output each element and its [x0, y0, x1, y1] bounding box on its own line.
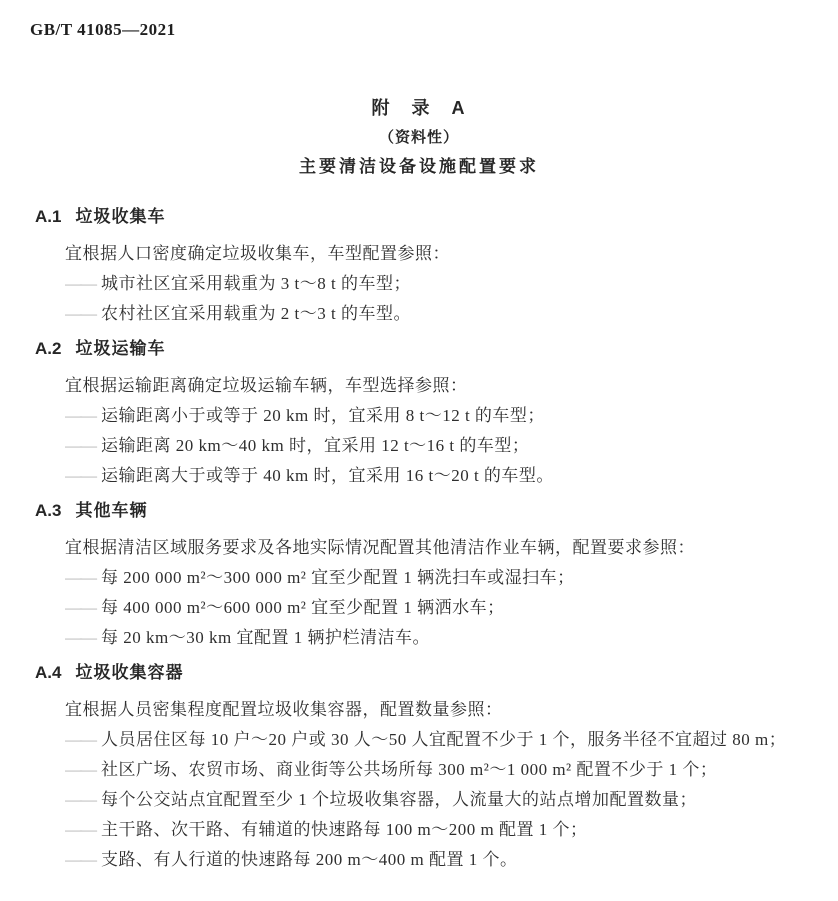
dash-marker: —— [65, 815, 101, 845]
list-item-text: 农村社区宜采用载重为 2 t～3 t 的车型。 [101, 299, 411, 329]
section-heading-text: 垃圾收集车 [75, 207, 165, 226]
document-body: A.1垃圾收集车 宜根据人口密度确定垃圾收集车，车型配置参照： —— 城市社区宜… [35, 205, 816, 883]
list-item-text: 每 400 000 m²～600 000 m² 宜至少配置 1 辆洒水车； [101, 593, 505, 623]
list-item-text: 运输距离 20 km～40 km 时，宜采用 12 t～16 t 的车型； [101, 431, 529, 461]
list-item-text: 社区广场、农贸市场、商业街等公共场所每 300 m²～1 000 m² 配置不少… [101, 755, 717, 785]
dash-marker: —— [65, 845, 101, 875]
section-intro: 宜根据人员密集程度配置垃圾收集容器，配置数量参照： [65, 695, 816, 725]
list-item: —— 运输距离小于或等于 20 km 时，宜采用 8 t～12 t 的车型； [65, 401, 816, 431]
list-item: —— 运输距离大于或等于 40 km 时，宜采用 16 t～20 t 的车型。 [65, 461, 816, 491]
section-heading: A.1垃圾收集车 [35, 205, 816, 229]
appendix-title-block: 附 录 A （资料性） 主要清洁设备设施配置要求 [0, 93, 838, 181]
section-number: A.1 [35, 207, 61, 226]
dash-marker: —— [65, 401, 101, 431]
dash-marker: —— [65, 563, 101, 593]
section-heading: A.2垃圾运输车 [35, 337, 816, 361]
list-item-text: 每 20 km～30 km 宜配置 1 辆护栏清洁车。 [101, 623, 430, 653]
list-item: —— 人员居住区每 10 户～20 户或 30 人～50 人宜配置不少于 1 个… [65, 725, 816, 755]
section-heading-text: 垃圾收集容器 [75, 663, 183, 682]
section-intro: 宜根据运输距离确定垃圾运输车辆，车型选择参照： [65, 371, 816, 401]
list-item: —— 主干路、次干路、有辅道的快速路每 100 m～200 m 配置 1 个； [65, 815, 816, 845]
list-item: —— 每 200 000 m²～300 000 m² 宜至少配置 1 辆洗扫车或… [65, 563, 816, 593]
section-heading: A.4垃圾收集容器 [35, 661, 816, 685]
list-item: —— 每 20 km～30 km 宜配置 1 辆护栏清洁车。 [65, 623, 816, 653]
document-page: GB/T 41085—2021 附 录 A （资料性） 主要清洁设备设施配置要求… [0, 0, 838, 901]
standard-number: GB/T 41085—2021 [30, 20, 176, 40]
list-item: —— 城市社区宜采用载重为 3 t～8 t 的车型； [65, 269, 816, 299]
dash-marker: —— [65, 299, 101, 329]
list-item-text: 城市社区宜采用载重为 3 t～8 t 的车型； [101, 269, 411, 299]
appendix-subtitle: 主要清洁设备设施配置要求 [0, 152, 838, 181]
list-item: —— 农村社区宜采用载重为 2 t～3 t 的车型。 [65, 299, 816, 329]
list-item: —— 每 400 000 m²～600 000 m² 宜至少配置 1 辆洒水车； [65, 593, 816, 623]
section-number: A.4 [35, 663, 61, 682]
section-heading-text: 垃圾运输车 [75, 339, 165, 358]
section-intro: 宜根据人口密度确定垃圾收集车，车型配置参照： [65, 239, 816, 269]
section-heading: A.3其他车辆 [35, 499, 816, 523]
dash-marker: —— [65, 593, 101, 623]
section-number: A.3 [35, 501, 61, 520]
dash-marker: —— [65, 725, 101, 755]
section-a3: A.3其他车辆 宜根据清洁区域服务要求及各地实际情况配置其他清洁作业车辆，配置要… [35, 499, 816, 653]
list-item: —— 每个公交站点宜配置至少 1 个垃圾收集容器，人流量大的站点增加配置数量； [65, 785, 816, 815]
section-a2: A.2垃圾运输车 宜根据运输距离确定垃圾运输车辆，车型选择参照： —— 运输距离… [35, 337, 816, 491]
dash-marker: —— [65, 755, 101, 785]
appendix-classification: （资料性） [0, 123, 838, 152]
list-item-text: 每个公交站点宜配置至少 1 个垃圾收集容器，人流量大的站点增加配置数量； [101, 785, 697, 815]
list-item: —— 运输距离 20 km～40 km 时，宜采用 12 t～16 t 的车型； [65, 431, 816, 461]
list-item-text: 人员居住区每 10 户～20 户或 30 人～50 人宜配置不少于 1 个，服务… [101, 725, 786, 755]
list-item: —— 支路、有人行道的快速路每 200 m～400 m 配置 1 个。 [65, 845, 816, 875]
list-item: —— 社区广场、农贸市场、商业街等公共场所每 300 m²～1 000 m² 配… [65, 755, 816, 785]
section-heading-text: 其他车辆 [75, 501, 147, 520]
section-intro: 宜根据清洁区域服务要求及各地实际情况配置其他清洁作业车辆，配置要求参照： [65, 533, 816, 563]
section-number: A.2 [35, 339, 61, 358]
list-item-text: 运输距离小于或等于 20 km 时，宜采用 8 t～12 t 的车型； [101, 401, 545, 431]
dash-marker: —— [65, 623, 101, 653]
dash-marker: —— [65, 461, 101, 491]
list-item-text: 运输距离大于或等于 40 km 时，宜采用 16 t～20 t 的车型。 [101, 461, 554, 491]
list-item-text: 支路、有人行道的快速路每 200 m～400 m 配置 1 个。 [101, 845, 517, 875]
section-a4: A.4垃圾收集容器 宜根据人员密集程度配置垃圾收集容器，配置数量参照： —— 人… [35, 661, 816, 875]
section-a1: A.1垃圾收集车 宜根据人口密度确定垃圾收集车，车型配置参照： —— 城市社区宜… [35, 205, 816, 329]
dash-marker: —— [65, 785, 101, 815]
list-item-text: 每 200 000 m²～300 000 m² 宜至少配置 1 辆洗扫车或湿扫车… [101, 563, 575, 593]
appendix-title: 附 录 A [0, 93, 838, 123]
dash-marker: —— [65, 431, 101, 461]
dash-marker: —— [65, 269, 101, 299]
list-item-text: 主干路、次干路、有辅道的快速路每 100 m～200 m 配置 1 个； [101, 815, 587, 845]
